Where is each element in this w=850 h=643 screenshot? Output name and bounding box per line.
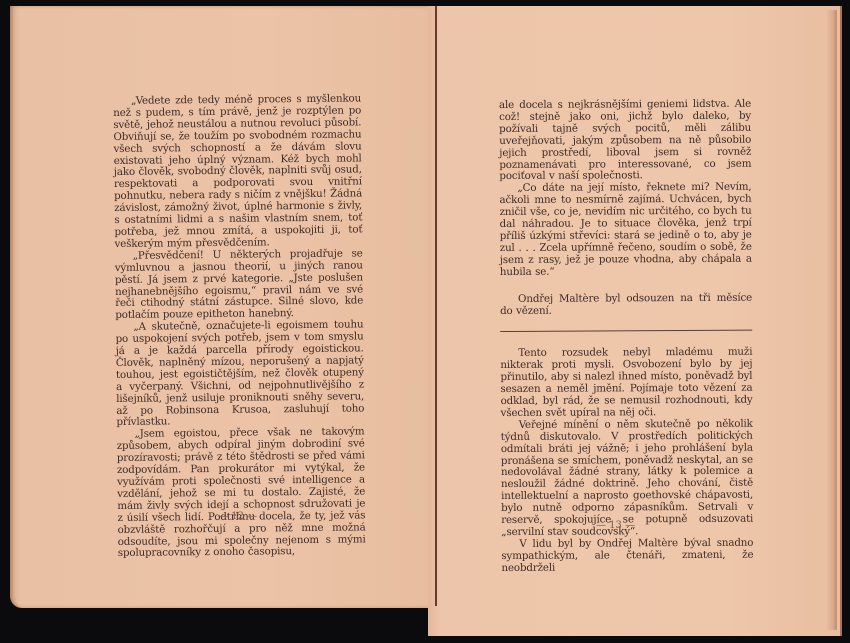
paragraph: Tento rozsudek nebyl mladému muži nikter… — [500, 347, 752, 420]
paragraph: V lidu byl by Ondřej Maltère býval snadn… — [501, 538, 753, 575]
paragraph: „Přesvědčení! U některých projadřuje se … — [115, 248, 364, 322]
paragraph: „A skutečně, označujete-li egoismem touh… — [115, 320, 364, 430]
paragraph: ale docela s nejkrásnějšími geniemi lids… — [499, 99, 751, 184]
paragraph: „Vedete zde tedy méně proces s myšlenkou… — [113, 93, 363, 250]
book-gutter — [435, 6, 437, 606]
right-page-text: ale docela s nejkrásnějšími geniemi lids… — [499, 99, 753, 575]
page-number-left: — 12 — — [218, 511, 257, 522]
page-number-right: — 13 — — [596, 520, 635, 531]
paragraph: „Co dáte na její místo, řeknete mi? Neví… — [499, 182, 751, 279]
paragraph: „Jsem egoistou, přece však ne takovým zp… — [116, 427, 365, 561]
book-spread-photo: „Vedete zde tedy méně proces s myšlenkou… — [0, 0, 850, 643]
verdict-line: Ondřej Maltère byl odsouzen na tři měsíc… — [500, 292, 752, 317]
page-edges — [827, 10, 837, 630]
left-page-text: „Vedete zde tedy méně proces s myšlenkou… — [113, 93, 366, 560]
horizontal-rule — [500, 330, 752, 332]
